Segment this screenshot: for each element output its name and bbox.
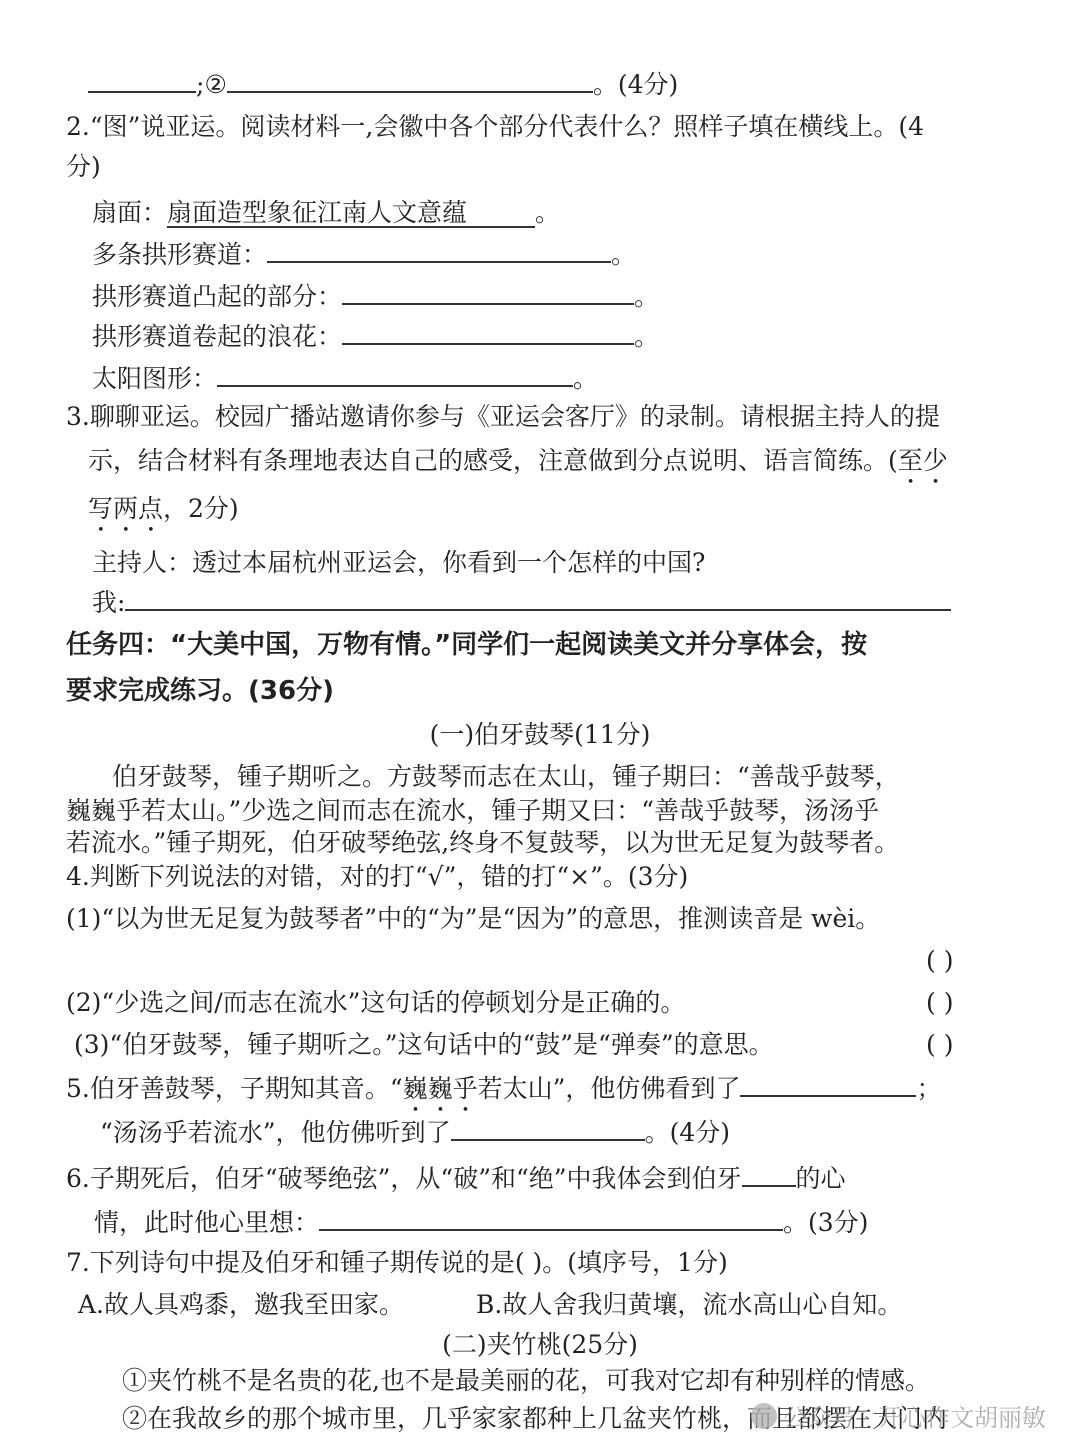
- answer-blank[interactable]: [125, 587, 951, 611]
- q4-item-3: (3)“伯牙鼓琴，锺子期听之。”这句话中的“鼓”是“弹奏”的意思。: [74, 1028, 774, 1062]
- answer-blank[interactable]: [740, 1073, 916, 1097]
- q7-prompt: 7.下列诗句中提及伯牙和锺子期传说的是( )。(填序号，1分): [66, 1246, 728, 1280]
- q6-text: 的心: [796, 1164, 846, 1193]
- period: 。: [611, 240, 636, 269]
- item-label: 拱形赛道卷起的浪花：: [92, 322, 342, 351]
- section2-title: (二)夹竹桃(25分): [0, 1328, 1080, 1362]
- score-label: ，2分): [163, 494, 239, 523]
- answer-blank[interactable]: [742, 1163, 796, 1187]
- q4-item-2: (2)“少选之间/而志在流水”这句话的停顿划分是正确的。: [66, 986, 685, 1020]
- q5-line2: “汤汤乎若流水”，他仿佛听到了。(4分): [100, 1116, 730, 1150]
- item-label: 太阳图形：: [92, 364, 217, 393]
- score-label: 。(3分): [783, 1208, 868, 1237]
- answer-blank[interactable]: [217, 363, 573, 387]
- q3-me: 我:: [92, 586, 951, 620]
- item-label: 扇面：: [92, 198, 167, 227]
- q4-item-1: (1)“以为世无足复为鼓琴者”中的“为”是“因为”的意思，推测读音是 wèi。: [66, 902, 880, 936]
- q3-line1: 3.聊聊亚运。校园广播站邀请你参与《亚运会客厅》的录制。请根据主持人的提: [66, 400, 940, 434]
- q3-host: 主持人：透过本届杭州亚运会，你看到一个怎样的中国?: [92, 546, 705, 580]
- emphasis-text: 至少: [898, 446, 948, 475]
- q6-line2: 情，此时他心里想：。(3分): [94, 1206, 868, 1240]
- q2-item-waves: 拱形赛道卷起的浪花：。: [92, 320, 659, 354]
- circled-number: ②: [204, 70, 226, 99]
- section1-title: (一)伯牙鼓琴(11分): [0, 718, 1080, 752]
- emphasis-text: 巍巍乎: [403, 1074, 478, 1103]
- answer-paren[interactable]: ( ): [926, 988, 953, 1017]
- score-label: 。(4分): [645, 1118, 730, 1147]
- answer-blank[interactable]: [319, 1207, 783, 1231]
- score-label: 。(4分): [593, 70, 678, 99]
- watermark: 公众号 · 开心作文胡丽敏: [751, 1398, 1046, 1433]
- q2-item-raised: 拱形赛道凸起的部分：。: [92, 280, 659, 314]
- q6-text: 情，此时他心里想：: [94, 1208, 319, 1237]
- answer-blank[interactable]: [342, 281, 634, 305]
- q5-line1: 5.伯牙善鼓琴，子期知其音。“巍巍乎若太山”，他仿佛看到了；: [66, 1072, 941, 1118]
- period: 。: [535, 198, 560, 227]
- sample-answer: 扇面造型象征江南人文意蕴: [167, 198, 467, 227]
- q5-text: 若太山”，他仿佛看到了: [478, 1074, 741, 1103]
- answer-blank[interactable]: [342, 321, 634, 345]
- q2-prompt-line1: 2.“图”说亚运。阅读材料一,会徽中各个部分代表什么？照样子填在横线上。(4: [66, 110, 924, 144]
- q3-line2: 示，结合材料有条理地表达自己的感受，注意做到分点说明、语言简练。(至少: [88, 444, 948, 490]
- q6-line1: 6.子期死后，伯牙“破琴绝弦”，从“破”和“绝”中我体会到伯牙的心: [66, 1162, 846, 1196]
- answer-paren[interactable]: ( ): [926, 1030, 953, 1059]
- q2-item-fan: 扇面：扇面造型象征江南人文意蕴。: [92, 196, 560, 230]
- me-label: 我:: [92, 588, 125, 617]
- q5-text: “汤汤乎若流水”，他仿佛听到了: [100, 1118, 451, 1147]
- answer-paren[interactable]: ( ): [926, 946, 953, 975]
- task4-line1: 任务四：“大美中国，万物有情。”同学们一起阅读美文并分享体会，按: [66, 628, 867, 662]
- q1-tail: ;②。(4分): [88, 68, 678, 102]
- watermark-text: 公众号 · 开心作文胡丽敏: [783, 1398, 1046, 1433]
- q2-item-sun: 太阳图形：。: [92, 362, 598, 396]
- answer-blank[interactable]: [267, 239, 611, 263]
- q2-prompt-line2: 分): [66, 150, 101, 184]
- passage-line: 伯牙鼓琴，锺子期听之。方鼓琴而志在太山，锺子期曰：“善哉乎鼓琴，: [112, 760, 900, 794]
- q7-option-a: A.故人具鸡黍，邀我至田家。: [78, 1288, 404, 1322]
- answer-filled[interactable]: 扇面造型象征江南人文意蕴: [167, 200, 535, 228]
- answer-blank[interactable]: [451, 1117, 645, 1141]
- q6-text: 6.子期死后，伯牙“破琴绝弦”，从“破”和“绝”中我体会到伯牙: [66, 1164, 742, 1193]
- period: 。: [634, 322, 659, 351]
- answer-blank[interactable]: [227, 69, 593, 93]
- task4-line2: 要求完成练习。(36分): [66, 674, 334, 708]
- wechat-icon: [751, 1403, 777, 1429]
- period: 。: [634, 282, 659, 311]
- passage-line: 巍巍乎若太山。”少选之间而志在流水，锺子期又曰：“善哉乎鼓琴，汤汤乎: [66, 794, 879, 828]
- q5-text: ；: [916, 1074, 941, 1103]
- q2-item-tracks: 多条拱形赛道：。: [92, 238, 636, 272]
- period: 。: [573, 364, 598, 393]
- q3-line3: 写两点，2分): [88, 492, 239, 538]
- q5-text: 5.伯牙善鼓琴，子期知其音。“: [66, 1074, 403, 1103]
- passage-line: 若流水。”锺子期死，伯牙破琴绝弦,终身不复鼓琴，以为世无足复为鼓琴者。: [66, 826, 899, 860]
- item-label: 拱形赛道凸起的部分：: [92, 282, 342, 311]
- q3-text: 示，结合材料有条理地表达自己的感受，注意做到分点说明、语言简练。(: [88, 446, 898, 475]
- q4-prompt: 4.判断下列说法的对错，对的打“√”，错的打“×”。(3分): [66, 860, 688, 894]
- q7-option-b: B.故人舍我归黄壤，流水高山心自知。: [476, 1288, 902, 1322]
- emphasis-text: 写两点: [88, 494, 163, 523]
- item-label: 多条拱形赛道：: [92, 240, 267, 269]
- passage-paragraph: ①夹竹桃不是名贵的花,也不是最美丽的花，可我对它却有种别样的情感。: [122, 1364, 930, 1398]
- answer-blank[interactable]: [88, 69, 196, 93]
